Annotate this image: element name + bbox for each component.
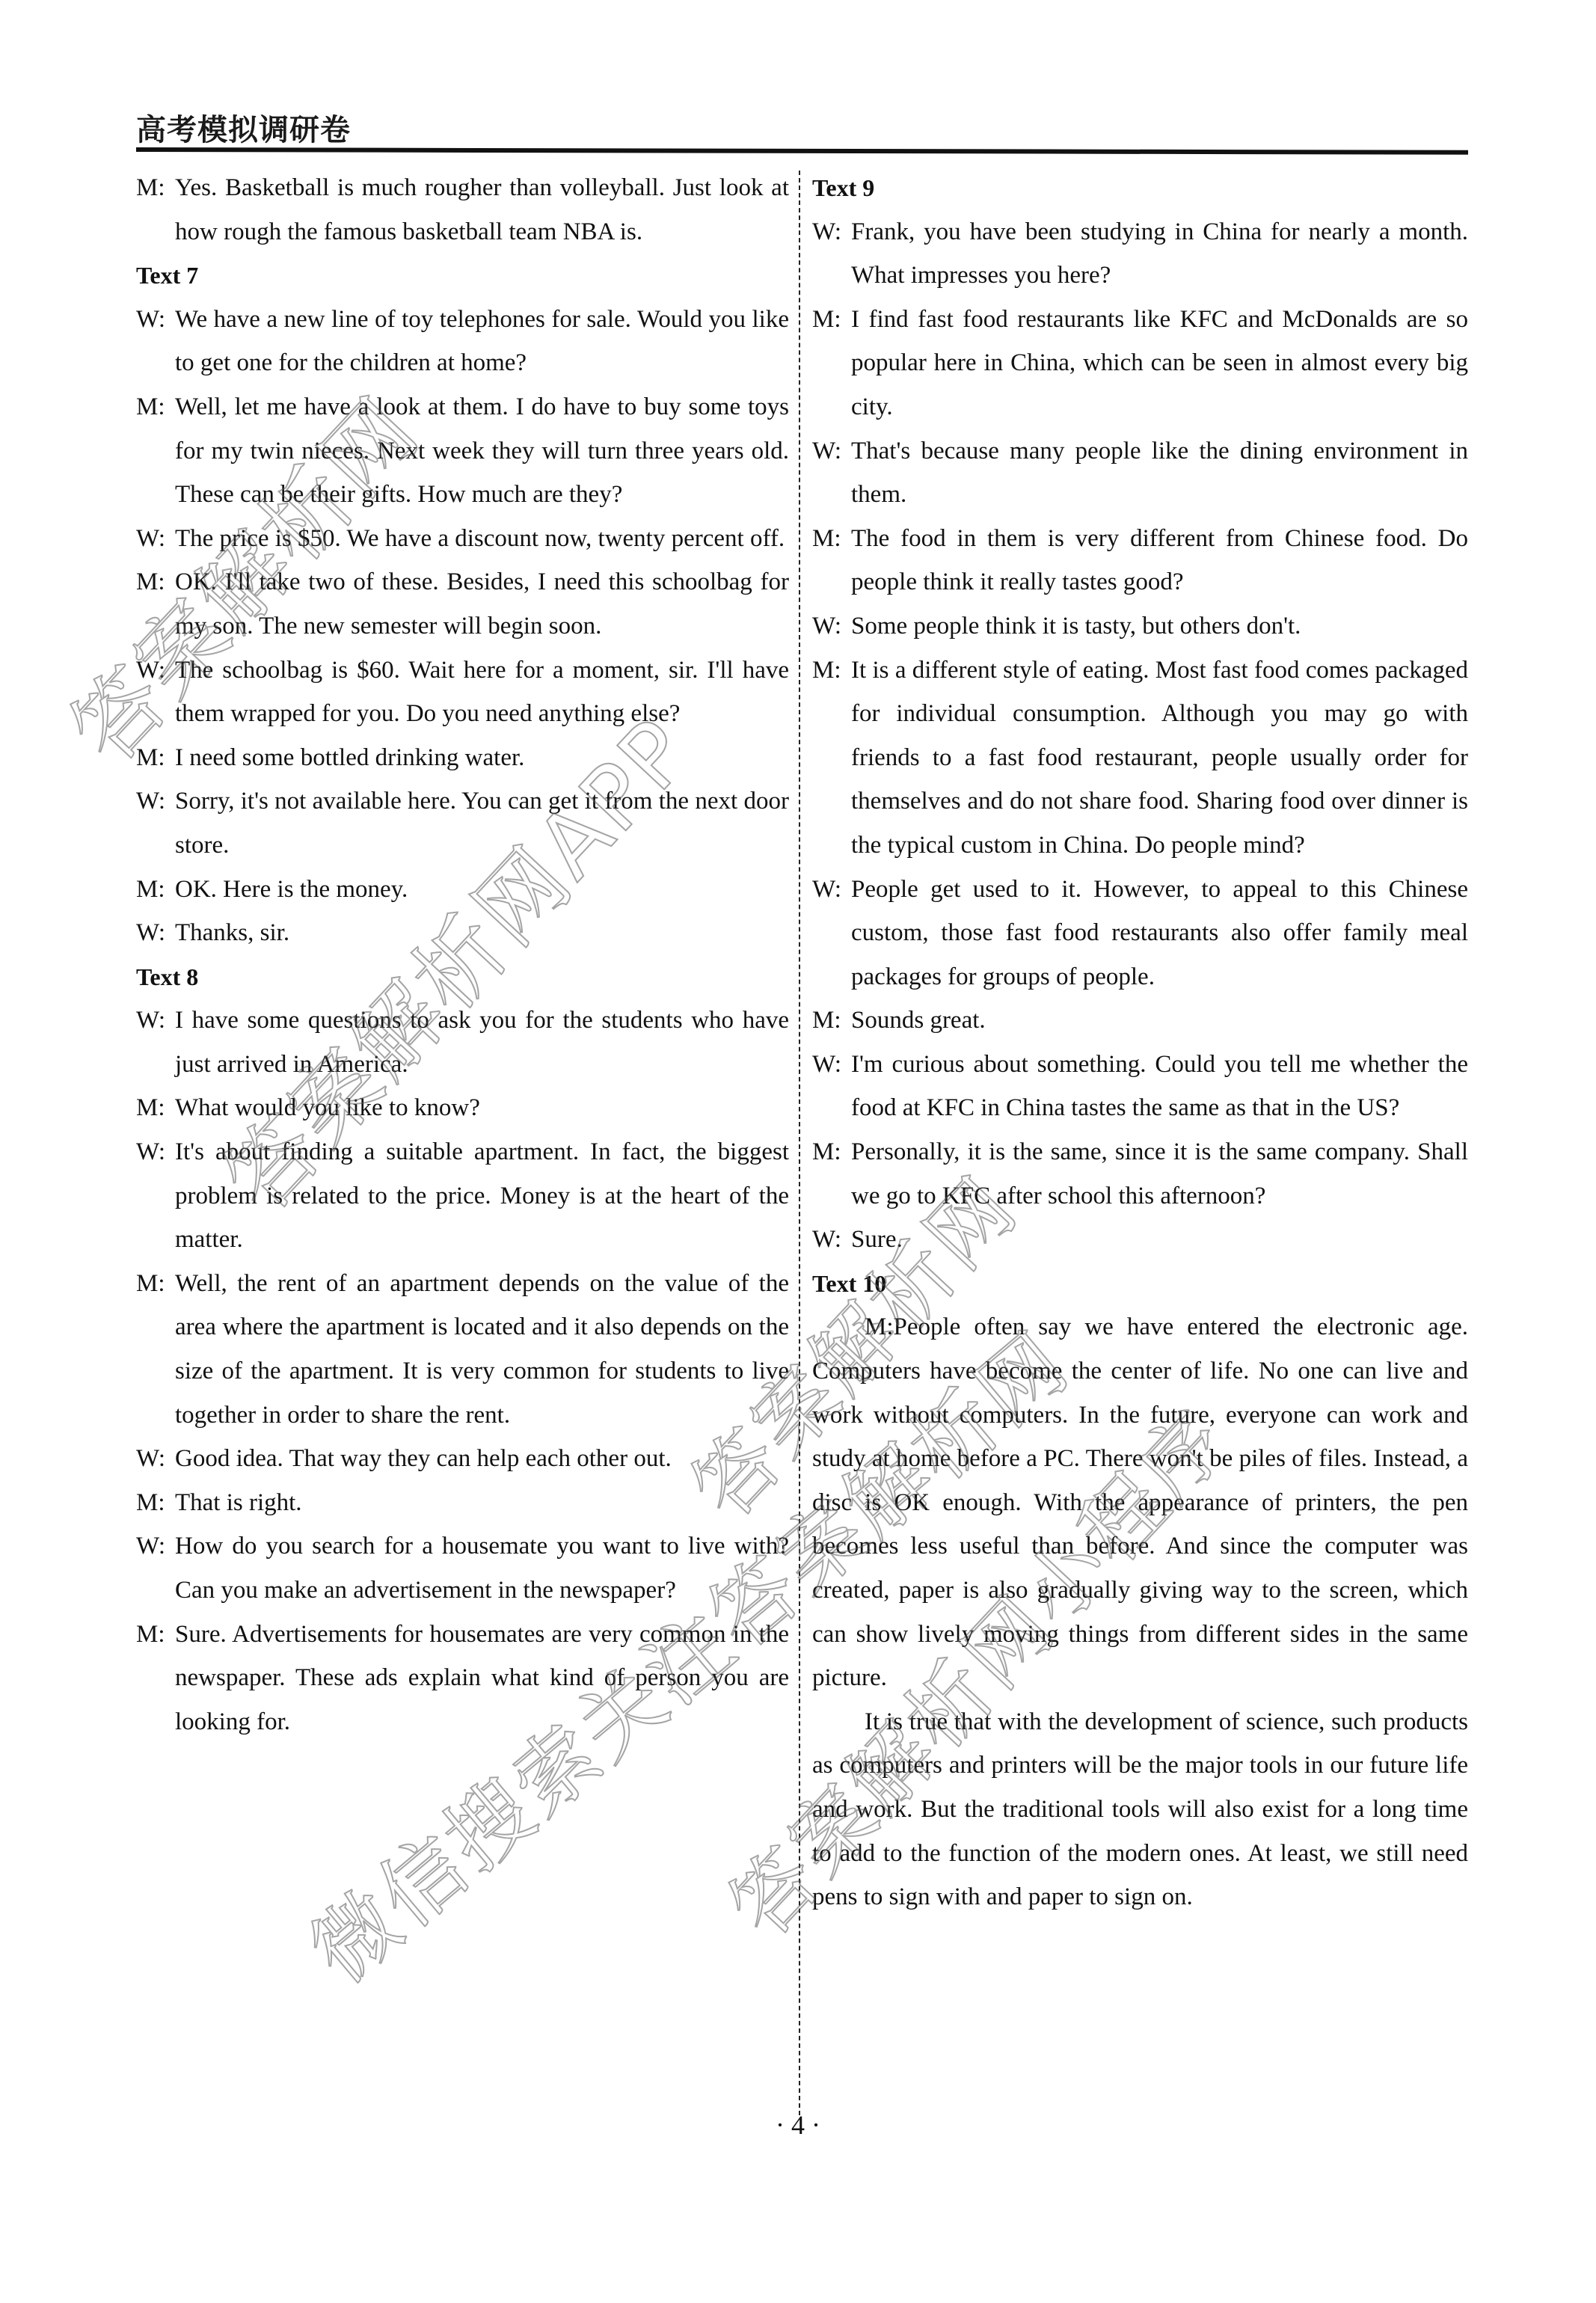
utterance: That is right.	[175, 1481, 789, 1525]
speaker-label: W:	[136, 911, 175, 955]
dialogue-turn: M:It is a different style of eating. Mos…	[812, 648, 1468, 868]
speaker-label: M:	[136, 1086, 175, 1130]
utterance: Yes. Basketball is much rougher than vol…	[175, 166, 789, 254]
dialogue-turn: W:People get used to it. However, to app…	[812, 868, 1468, 999]
utterance: Good idea. That way they can help each o…	[175, 1437, 789, 1481]
section-title-text-9: Text 9	[812, 166, 1468, 210]
dialogue-turn: M:That is right.	[136, 1481, 789, 1525]
utterance: That's because many people like the dini…	[851, 429, 1468, 517]
utterance: OK. Here is the money.	[175, 868, 789, 912]
utterance: It's about finding a suitable apartment.…	[175, 1130, 789, 1262]
dialogue-turn: M:Well, the rent of an apartment depends…	[136, 1262, 789, 1437]
dialogue-turn: M:I need some bottled drinking water.	[136, 736, 789, 780]
utterance: OK. I'll take two of these. Besides, I n…	[175, 560, 789, 648]
dialogue-turn: W:I have some questions to ask you for t…	[136, 999, 789, 1086]
dialogue-turn: W:We have a new line of toy telephones f…	[136, 298, 789, 385]
dialogue-turn: M:The food in them is very different fro…	[812, 517, 1468, 604]
utterance: I find fast food restaurants like KFC an…	[851, 298, 1468, 429]
speaker-label: W:	[136, 1130, 175, 1262]
utterance: Well, let me have a look at them. I do h…	[175, 385, 789, 517]
utterance: I need some bottled drinking water.	[175, 736, 789, 780]
speaker-label: M:	[812, 517, 851, 604]
speaker-label: W:	[136, 1437, 175, 1481]
utterance: The price is $50. We have a discount now…	[175, 517, 789, 561]
header-rule	[136, 147, 1468, 155]
utterance: Frank, you have been studying in China f…	[851, 210, 1468, 298]
dialogue-turn: W:The price is $50. We have a discount n…	[136, 517, 789, 561]
speaker-label: W:	[812, 604, 851, 648]
speaker-label: M:	[136, 166, 175, 254]
section-title-text-8: Text 8	[136, 955, 789, 999]
speaker-label: W:	[812, 1043, 851, 1130]
dialogue-turn: W:Frank, you have been studying in China…	[812, 210, 1468, 298]
utterance: I have some questions to ask you for the…	[175, 999, 789, 1086]
speaker-label: M:	[136, 1481, 175, 1525]
text-9-dialogue: W:Frank, you have been studying in China…	[812, 210, 1468, 1262]
dialogue-turn: M:What would you like to know?	[136, 1086, 789, 1130]
speaker-label: M:	[812, 648, 851, 868]
utterance: Well, the rent of an apartment depends o…	[175, 1262, 789, 1437]
dialogue-turn: W:It's about finding a suitable apartmen…	[136, 1130, 789, 1262]
section-title-text-7: Text 7	[136, 254, 789, 298]
speaker-label: W:	[136, 779, 175, 867]
speaker-label: W:	[812, 1218, 851, 1262]
utterance: I'm curious about something. Could you t…	[851, 1043, 1468, 1130]
dialogue-turn: M:Well, let me have a look at them. I do…	[136, 385, 789, 517]
dialogue-turn: M:I find fast food restaurants like KFC …	[812, 298, 1468, 429]
dialogue-turn: M: Yes. Basketball is much rougher than …	[136, 166, 789, 254]
utterance: How do you search for a housemate you wa…	[175, 1524, 789, 1612]
page-title: 高考模拟调研卷	[136, 106, 351, 149]
speaker-label: W:	[136, 298, 175, 385]
dialogue-turn: M:OK. I'll take two of these. Besides, I…	[136, 560, 789, 648]
column-divider	[799, 171, 800, 2115]
speaker-label: M:	[812, 1130, 851, 1218]
dialogue-turn: W:That's because many people like the di…	[812, 429, 1468, 517]
utterance: What would you like to know?	[175, 1086, 789, 1130]
speaker-label: M:	[136, 736, 175, 780]
monologue-paragraph: It is true that with the development of …	[812, 1700, 1468, 1919]
page-header: 高考模拟调研卷	[136, 105, 1468, 154]
dialogue-turn: W:Some people think it is tasty, but oth…	[812, 604, 1468, 648]
dialogue-turn: M:Sure. Advertisements for housemates ar…	[136, 1613, 789, 1744]
utterance: Thanks, sir.	[175, 911, 789, 955]
utterance: Sounds great.	[851, 999, 1468, 1043]
page-number: · 4 ·	[0, 2109, 1596, 2141]
dialogue-turn: W:The schoolbag is $60. Wait here for a …	[136, 648, 789, 736]
dialogue-turn: W:Sure.	[812, 1218, 1468, 1262]
utterance: Some people think it is tasty, but other…	[851, 604, 1468, 648]
utterance: We have a new line of toy telephones for…	[175, 298, 789, 385]
speaker-label: M:	[136, 385, 175, 517]
speaker-label: M:	[136, 560, 175, 648]
dialogue-turn: W:How do you search for a housemate you …	[136, 1524, 789, 1612]
utterance: People get used to it. However, to appea…	[851, 868, 1468, 999]
right-column: Text 9 W:Frank, you have been studying i…	[812, 166, 1468, 1919]
speaker-label: M:	[136, 1613, 175, 1744]
dialogue-turn: M:Personally, it is the same, since it i…	[812, 1130, 1468, 1218]
left-column: M: Yes. Basketball is much rougher than …	[136, 166, 789, 1744]
speaker-label: W:	[812, 210, 851, 298]
speaker-label: M:	[136, 1262, 175, 1437]
speaker-label: W:	[812, 868, 851, 999]
speaker-label: M:	[812, 999, 851, 1043]
dialogue-turn: M:OK. Here is the money.	[136, 868, 789, 912]
speaker-label: W:	[136, 999, 175, 1086]
dialogue-turn: W:Thanks, sir.	[136, 911, 789, 955]
dialogue-turn: M:Sounds great.	[812, 999, 1468, 1043]
utterance: The schoolbag is $60. Wait here for a mo…	[175, 648, 789, 736]
utterance: Sure.	[851, 1218, 1468, 1262]
utterance: Personally, it is the same, since it is …	[851, 1130, 1468, 1218]
utterance: The food in them is very different from …	[851, 517, 1468, 604]
dialogue-turn: W:I'm curious about something. Could you…	[812, 1043, 1468, 1130]
speaker-label: W:	[136, 1524, 175, 1612]
utterance: Sorry, it's not available here. You can …	[175, 779, 789, 867]
utterance: It is a different style of eating. Most …	[851, 648, 1468, 868]
speaker-label: M:	[136, 868, 175, 912]
speaker-label: M:	[812, 298, 851, 429]
dialogue-turn: W:Sorry, it's not available here. You ca…	[136, 779, 789, 867]
section-title-text-10: Text 10	[812, 1262, 1468, 1306]
utterance: Sure. Advertisements for housemates are …	[175, 1613, 789, 1744]
text-7-dialogue: W:We have a new line of toy telephones f…	[136, 298, 789, 955]
dialogue-turn: W:Good idea. That way they can help each…	[136, 1437, 789, 1481]
speaker-label: W:	[812, 429, 851, 517]
text-8-dialogue: W:I have some questions to ask you for t…	[136, 999, 789, 1744]
speaker-label: W:	[136, 648, 175, 736]
speaker-label: W:	[136, 517, 175, 561]
monologue-paragraph: M:People often say we have entered the e…	[812, 1305, 1468, 1699]
